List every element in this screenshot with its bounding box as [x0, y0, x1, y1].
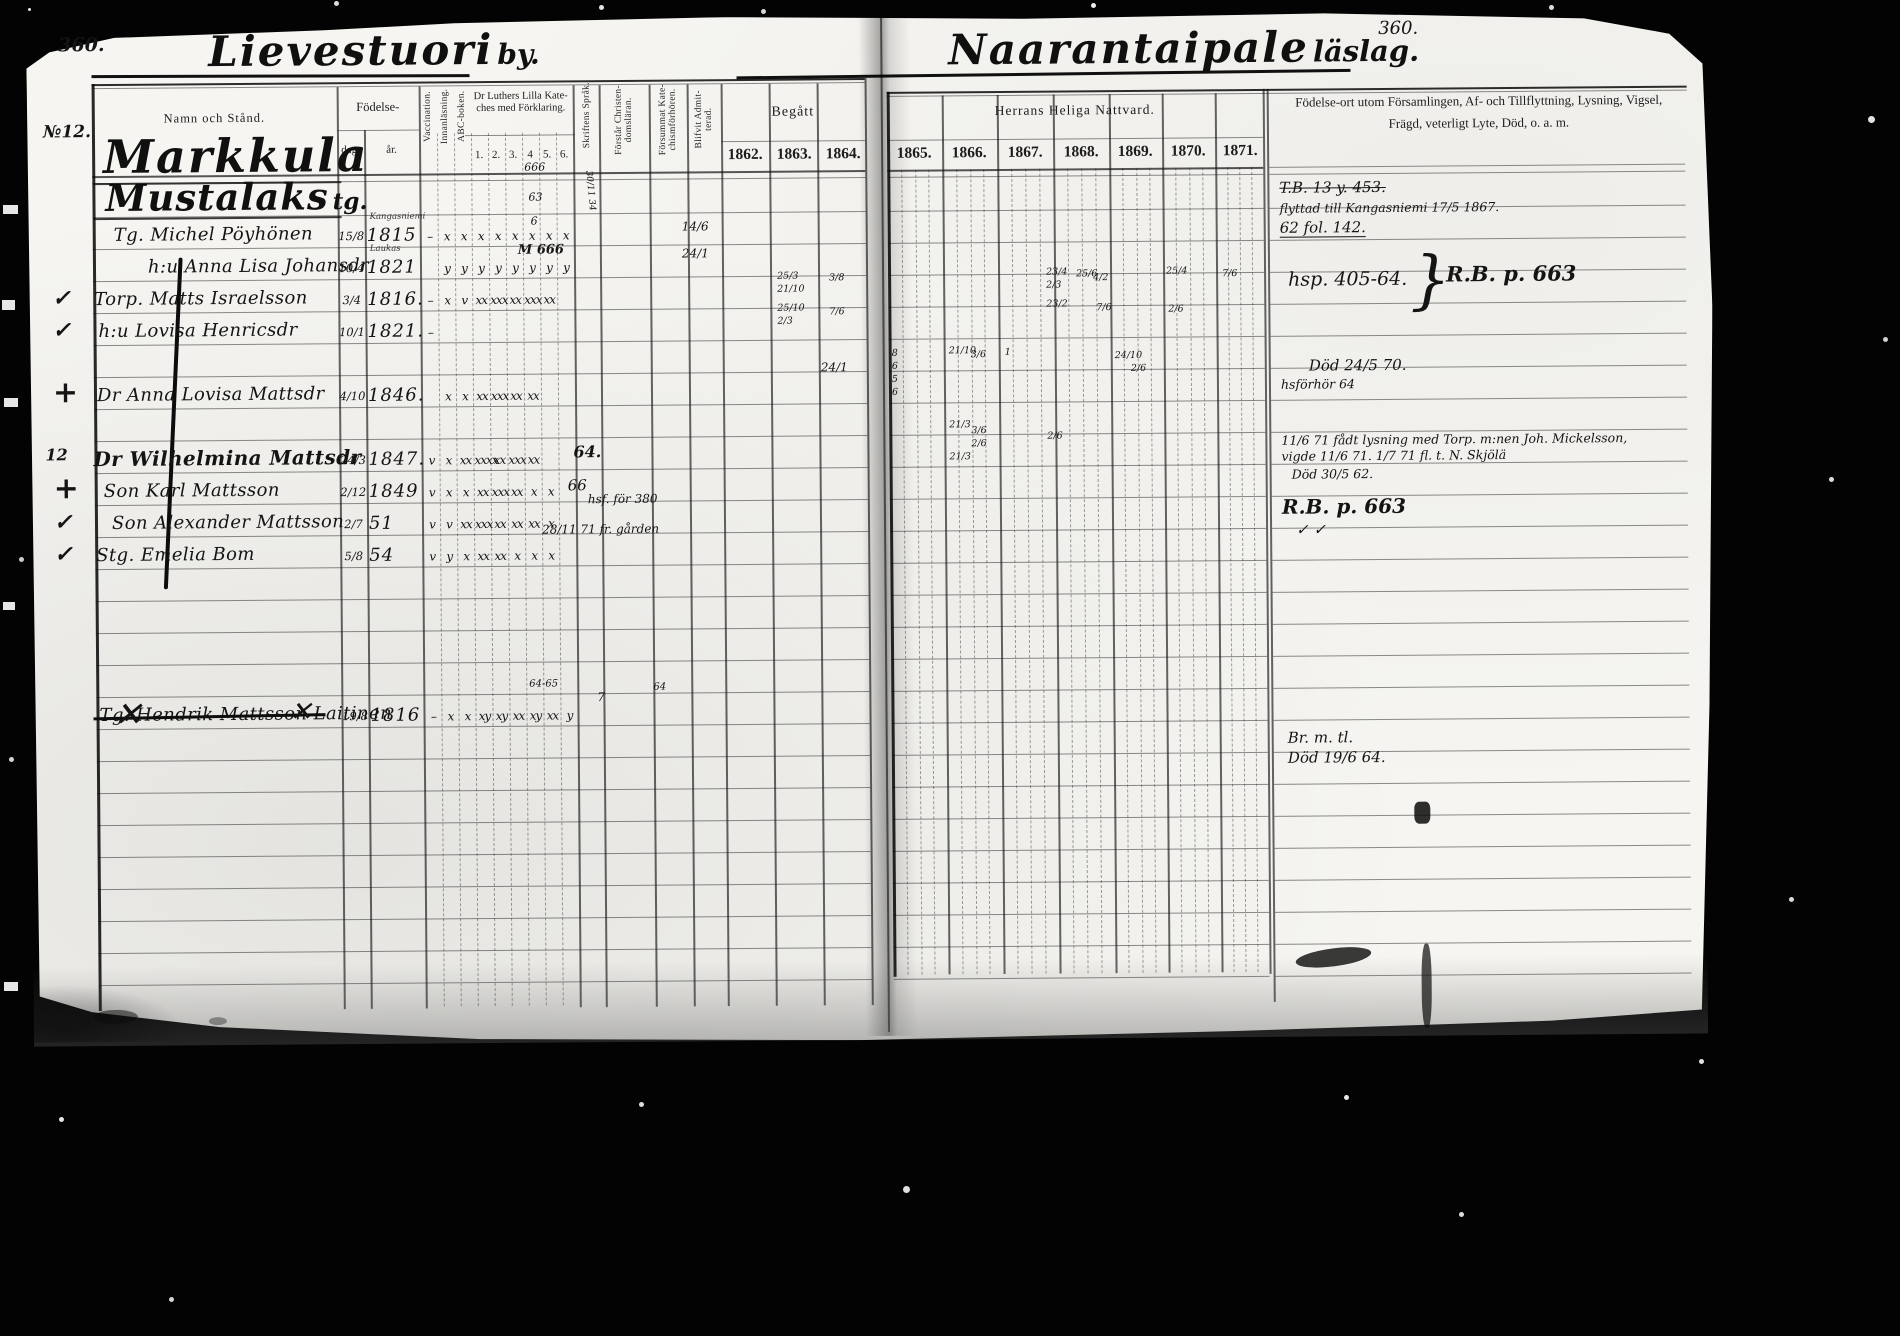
communion-date-mark: 25/4 — [1166, 265, 1187, 276]
name-column-header: Namn och Stånd. — [97, 110, 332, 127]
column-line — [997, 95, 1005, 974]
communion-date-mark: 23/4 — [1046, 266, 1067, 277]
reading-mark: y — [473, 261, 489, 275]
column-line — [1202, 167, 1209, 972]
margin-mark: 12 — [45, 445, 67, 464]
birth-year: 1846. — [368, 384, 425, 405]
column-line — [1227, 167, 1234, 972]
rule-line — [1273, 653, 1689, 657]
rule-line — [97, 787, 870, 794]
birth-day: 2/7 — [340, 517, 367, 531]
handwritten-annotation: 63 — [528, 191, 542, 204]
column-line — [817, 83, 826, 1005]
note-entry: Död 30/5 62. — [1292, 466, 1374, 482]
year-header: 1870. — [1162, 142, 1214, 160]
left-page-title: Lievestuori by. — [208, 25, 540, 77]
reading-mark: x — [526, 549, 542, 563]
film-edge-mark — [3, 205, 18, 214]
reading-mark: y — [439, 261, 455, 275]
communion-date-mark: 2/6 — [971, 438, 986, 449]
begatt-header: Begått — [721, 104, 865, 121]
kateches-sub-header: 5. — [539, 148, 555, 160]
column-line — [983, 169, 990, 974]
communion-date-mark: 2/6 — [1168, 304, 1183, 315]
rule-line — [1275, 877, 1691, 881]
reading-mark: y — [507, 261, 523, 275]
margin-mark: ✓ — [52, 317, 71, 343]
reading-mark: x — [490, 229, 506, 243]
reading-mark: – — [425, 709, 441, 723]
rule-line — [96, 627, 869, 634]
person-name: Stg. Emelia Bom — [96, 544, 255, 566]
column-line — [1189, 167, 1196, 972]
notes-header-line1: Födelse-ort utom Församlingen, Af- och T… — [1269, 92, 1689, 111]
communion-date-mark: 25/10 — [777, 303, 804, 314]
column-line — [721, 84, 730, 1006]
reading-mark: – — [422, 325, 438, 339]
communion-date-mark: 2/3 — [777, 316, 792, 327]
reading-mark: x — [524, 229, 540, 243]
communion-date-mark: 7/6 — [829, 306, 844, 317]
column-line — [1011, 169, 1018, 974]
communion-date-mark: 1 — [1005, 347, 1011, 358]
ink-layer: 360. 360. Lievestuori by. Naarantaipale … — [0, 0, 1900, 1336]
note-entry: hsförhör 64 — [1281, 376, 1355, 392]
column-line — [1215, 93, 1223, 972]
margin-mark: ✓ — [52, 285, 71, 311]
rule-line — [1273, 685, 1689, 689]
reading-mark: y — [541, 260, 557, 274]
birth-day: 4/10 — [339, 389, 366, 403]
right-page-title: Naarantaipale läslag. — [948, 22, 1419, 75]
column-line — [1239, 167, 1246, 972]
rule-line — [1273, 621, 1689, 625]
communion-date-mark: 3/6 — [971, 349, 986, 360]
reading-mark: v — [424, 549, 440, 563]
vertical-column-header: Skriftens Språk. — [581, 67, 592, 163]
film-edge-mark — [4, 398, 18, 407]
reading-mark: xx — [508, 389, 524, 403]
birth-day: 15/8 — [338, 229, 365, 243]
reading-mark: y — [524, 261, 540, 275]
reading-mark: xx — [458, 517, 474, 531]
person-name: Son Alexander Mattsson — [112, 511, 344, 534]
communion-date-mark: 7/6 — [1096, 302, 1111, 313]
reading-mark: x — [473, 229, 489, 243]
laslag-suffix: läslag. — [1313, 34, 1420, 69]
birth-year: 1816. — [367, 288, 424, 309]
column-line — [1067, 168, 1074, 973]
reading-mark: v — [423, 453, 439, 467]
year-header: 1862. — [721, 146, 769, 164]
reading-mark: xy — [493, 709, 509, 723]
reading-mark: x — [442, 709, 458, 723]
person-name: Torp. Matts Israelsson — [94, 287, 308, 310]
handwritten-annotation: M 666 — [518, 242, 564, 257]
reading-mark: x — [459, 709, 475, 723]
birth-day: 24/3 — [339, 453, 366, 467]
column-line — [942, 95, 950, 974]
rule-line — [1275, 909, 1691, 913]
rule-line — [1271, 397, 1687, 401]
reading-mark: xx — [474, 389, 490, 403]
handwritten-annotation: 24/1 — [821, 360, 848, 374]
communion-date-mark: 24/10 — [1115, 350, 1142, 361]
column-line — [1081, 168, 1088, 973]
film-edge-mark — [3, 602, 15, 610]
birth-day: 3/4 — [338, 293, 365, 307]
reading-mark: x — [439, 229, 455, 243]
left-page-number: 360. — [58, 34, 104, 56]
reading-mark: – — [422, 229, 438, 243]
rule-line — [96, 691, 869, 698]
reading-mark: y — [441, 549, 457, 563]
note-entry: Död 19/6 64. — [1288, 748, 1386, 767]
rule-line — [98, 915, 871, 922]
reading-mark: v — [456, 293, 472, 307]
vertical-column-header: ABC-boken. — [456, 68, 467, 164]
reading-mark: xxx — [491, 389, 507, 403]
reading-mark: x — [543, 484, 559, 498]
margin-mark: + — [54, 471, 79, 506]
rule-line — [465, 134, 575, 136]
reading-mark: xxx — [508, 453, 524, 467]
note-entry: vigde 11/6 71. 1/7 71 fl. t. N. Skjölä — [1281, 447, 1506, 464]
note-entry: hsp. 405-64. — [1288, 268, 1407, 291]
rule-line — [96, 659, 869, 666]
rule-line — [98, 851, 871, 858]
cross-out-mark: ✕ — [113, 695, 142, 735]
rule-line — [1274, 717, 1690, 721]
reading-mark: xx — [473, 293, 489, 307]
person-name: Tg. Michel Pöyhönen — [114, 223, 313, 246]
reading-mark: xx — [491, 453, 507, 467]
reading-mark: xx — [475, 485, 491, 499]
rule-line — [1275, 941, 1691, 945]
year-header: 1868. — [1055, 143, 1107, 161]
birth-year: 1849 — [369, 481, 419, 502]
vertical-column-header: Förstår Christen- domsläran. — [613, 72, 634, 168]
reading-mark: x — [456, 229, 472, 243]
reading-mark: xxx — [524, 293, 540, 307]
reading-mark: xx — [507, 293, 523, 307]
rule-line — [98, 947, 871, 954]
rule-line — [1274, 813, 1690, 817]
birth-day: 19/8 — [341, 709, 368, 723]
film-edge-mark — [2, 300, 15, 310]
reading-mark: xxx — [492, 485, 508, 499]
reading-mark: xx — [457, 453, 473, 467]
year-header: 1871. — [1214, 142, 1266, 160]
birth-day: 10/4 — [338, 261, 365, 275]
note-entry: R.B. p. 663 — [1446, 260, 1576, 286]
rule-line — [337, 130, 419, 132]
reading-mark: x — [458, 549, 474, 563]
column-line — [1162, 94, 1170, 973]
reading-mark: xx — [544, 708, 560, 722]
year-header: 1863. — [770, 145, 818, 163]
column-line — [1136, 168, 1143, 973]
rule-line — [1272, 525, 1688, 529]
handwritten-annotation: 30/11 34 — [583, 170, 597, 211]
handwritten-annotation: 66 — [568, 476, 587, 494]
reading-mark: x — [543, 548, 559, 562]
handwritten-annotation: 28/11 71 fr. gården — [542, 522, 659, 537]
dust-specks — [28, 8, 31, 11]
birth-place-note: Laukas — [370, 244, 401, 254]
column-line — [649, 85, 658, 1007]
reading-mark: y — [490, 261, 506, 275]
handwritten-annotation: hsf. för 380 — [588, 492, 658, 507]
bottom-page-curl — [33, 953, 1708, 1046]
handwritten-annotation: 6 — [531, 215, 538, 228]
kateches-sub-header: 3. — [505, 149, 521, 161]
year-header: 1866. — [943, 144, 995, 162]
reading-mark: xy — [527, 709, 543, 723]
handwritten-annotation: 64-65 — [529, 678, 558, 689]
catechism-header: Dr Luthers Lilla Kate- ches med Förklari… — [465, 90, 577, 115]
reading-mark: xx — [509, 517, 525, 531]
column-line — [1251, 167, 1258, 972]
village-name: Lievestuori — [208, 25, 493, 76]
reading-mark: xx — [510, 709, 526, 723]
communion-date-mark: 4/2 — [1093, 272, 1108, 283]
left-title-underline — [91, 74, 469, 77]
column-line — [769, 84, 778, 1006]
reading-mark: x — [458, 485, 474, 499]
birth-day: 5/8 — [340, 549, 367, 563]
column-line — [1149, 168, 1156, 973]
rule-line — [96, 595, 869, 602]
column-line — [599, 85, 608, 1007]
reading-mark: xx — [526, 517, 542, 531]
vertical-column-header: Vaccination. — [422, 68, 433, 164]
birth-year: 1821 — [367, 257, 417, 278]
birth-year: 1821. — [367, 320, 424, 341]
cross-out-mark: ✕ — [289, 696, 312, 727]
column-line — [970, 169, 977, 974]
communion-date-mark: 3/8 — [829, 272, 844, 283]
birth-column-header: Födelse- — [337, 100, 419, 116]
reading-mark: xx — [525, 389, 541, 403]
reading-mark: x — [558, 228, 574, 242]
note-brace: } — [1410, 243, 1451, 317]
rule-line — [1273, 589, 1689, 593]
handwritten-annotation: 64. — [573, 442, 601, 461]
column-line — [1109, 94, 1117, 973]
note-entry: R.B. p. 663 — [1282, 494, 1406, 519]
film-edge-mark — [4, 982, 18, 991]
birth-year: 1816 — [370, 705, 420, 726]
reading-mark: x — [541, 228, 557, 242]
vertical-column-header: Blifvit Admit- terad. — [693, 71, 714, 167]
person-name: Dr Wilhelmina Mattsdr — [93, 445, 361, 471]
note-entry: 11/6 71 fådt lysning med Torp. m:nen Joh… — [1281, 430, 1627, 448]
reading-mark: v — [424, 517, 440, 531]
household-number: №12. — [43, 122, 91, 142]
kateches-sub-header: 1. — [471, 149, 487, 161]
birth-year: 1815 — [367, 225, 417, 246]
birth-year: 54 — [369, 545, 394, 566]
column-line — [1175, 168, 1182, 973]
rule-line — [94, 371, 867, 378]
reading-mark: x — [441, 485, 457, 499]
book-spread: 360. 360. Lievestuori by. Naarantaipale … — [0, 0, 1900, 1336]
person-name: Dr Anna Lovisa Mattsdr — [97, 383, 325, 406]
laslag-name: Naarantaipale — [948, 23, 1309, 75]
reading-mark: xx — [525, 453, 541, 467]
reading-mark: xx — [509, 485, 525, 499]
reading-mark: x — [526, 485, 542, 499]
note-entry: Död 24/5 70. — [1309, 356, 1407, 375]
communion-date-mark: 21/10 — [777, 284, 804, 295]
kateches-sub-header: 4 — [522, 149, 538, 161]
reading-mark: v — [424, 485, 440, 499]
reading-mark: – — [422, 293, 438, 307]
communion-date-mark: 7/6 — [1222, 268, 1237, 279]
scanned-parish-register: 360. 360. Lievestuori by. Naarantaipale … — [0, 0, 1900, 1336]
communion-date-mark: 2/6 — [1047, 430, 1062, 441]
reading-mark: x — [457, 389, 473, 403]
reading-mark: x — [509, 549, 525, 563]
margin-mark: + — [53, 375, 78, 410]
margin-mark: ✓ — [54, 541, 73, 567]
reading-mark: xx — [541, 292, 557, 306]
village-suffix: by. — [497, 38, 540, 71]
rule-line — [1271, 333, 1687, 337]
year-header: 1869. — [1109, 143, 1161, 161]
rule-line — [97, 755, 870, 762]
rule-line — [1272, 557, 1688, 561]
margin-mark: ✓ — [54, 509, 73, 535]
rule-line — [97, 819, 870, 826]
rule-line — [1270, 301, 1686, 305]
rule-line — [1269, 171, 1685, 175]
reading-mark: xxx — [490, 293, 506, 307]
reading-mark: y — [561, 708, 577, 722]
birth-year: 1847. — [368, 448, 425, 469]
handwritten-annotation: 64 — [653, 682, 666, 693]
birth-year: 51 — [369, 513, 394, 534]
reading-mark: y — [456, 261, 472, 275]
birth-year-header: år. — [364, 144, 419, 156]
kateches-sub-header: 6. — [556, 148, 572, 160]
column-line — [419, 87, 428, 1009]
column-line — [1095, 168, 1102, 973]
reading-mark: x — [507, 229, 523, 243]
note-entry: Br. m. tl. — [1288, 728, 1354, 747]
communion-date-mark: 23/2 — [1046, 298, 1067, 309]
rule-line — [1275, 845, 1691, 849]
communion-date-mark: 3/6 — [971, 425, 986, 436]
birth-day: 10/1 — [338, 325, 365, 339]
rule-line — [94, 435, 867, 442]
person-name: Son Karl Mattsson — [104, 480, 280, 502]
generated-content: Vaccination.Innanläsning.ABC-boken.Skrif… — [0, 0, 1896, 7]
vertical-column-header: Försummat Kate- chismförhören. — [657, 71, 678, 167]
reading-mark: v — [441, 517, 457, 531]
person-name: h:u Lovisa Henricsdr — [98, 319, 297, 342]
communion-date-mark: 21/3 — [949, 419, 970, 430]
communion-date-mark: 2/3 — [1046, 279, 1061, 290]
reading-mark: xxx — [475, 517, 491, 531]
column-line — [1053, 95, 1061, 974]
column-line — [928, 170, 935, 975]
note-entry: T.B. 13 y. 453. — [1279, 178, 1386, 197]
column-line — [1025, 169, 1032, 974]
reading-mark: x — [439, 293, 455, 307]
column-line — [573, 85, 582, 1007]
note-entry: ✓ ✓ — [1296, 520, 1326, 538]
reading-mark: y — [558, 260, 574, 274]
handwritten-annotation: 14/6 — [682, 219, 709, 233]
rule-line — [1274, 781, 1690, 785]
reading-mark: xy — [476, 709, 492, 723]
rule-line — [1269, 164, 1685, 168]
reading-mark: x — [440, 389, 456, 403]
communion-date-mark: 25/3 — [777, 271, 798, 282]
vertical-column-header: Innanläsning. — [439, 68, 450, 164]
handwritten-annotation: 666 — [524, 161, 545, 174]
column-line — [1122, 168, 1129, 973]
communion-date-mark: 2/6 — [1131, 363, 1146, 374]
reading-mark: xx — [475, 549, 491, 563]
reading-mark: xxxx — [474, 453, 490, 467]
column-line — [956, 169, 963, 974]
year-header: 1867. — [999, 144, 1051, 162]
ink-smudge — [1414, 802, 1430, 824]
handwritten-annotation: 24/1 — [682, 246, 709, 260]
note-entry: flyttad till Kangasniemi 17/5 1867. — [1280, 199, 1500, 216]
reading-mark: xx — [492, 549, 508, 563]
note-entry: 62 fol. 142. — [1280, 218, 1366, 238]
notes-header-line2: Frägd, veterligt Lyte, Död, o. a. m. — [1269, 114, 1689, 133]
rule-line — [98, 883, 871, 890]
communion-date-mark: 21/3 — [949, 451, 970, 462]
birth-day: 2/12 — [340, 485, 367, 499]
reading-mark: x — [440, 453, 456, 467]
kateches-sub-header: 2. — [488, 149, 504, 161]
handwritten-annotation: 7 — [597, 690, 605, 704]
rule-line — [721, 140, 865, 142]
birth-place-note: Kangasniemi — [370, 211, 426, 221]
ink-smudge — [1421, 944, 1432, 1028]
person-name: h:u Anna Lisa Johansdr — [148, 255, 369, 278]
reading-mark: xx — [492, 517, 508, 531]
